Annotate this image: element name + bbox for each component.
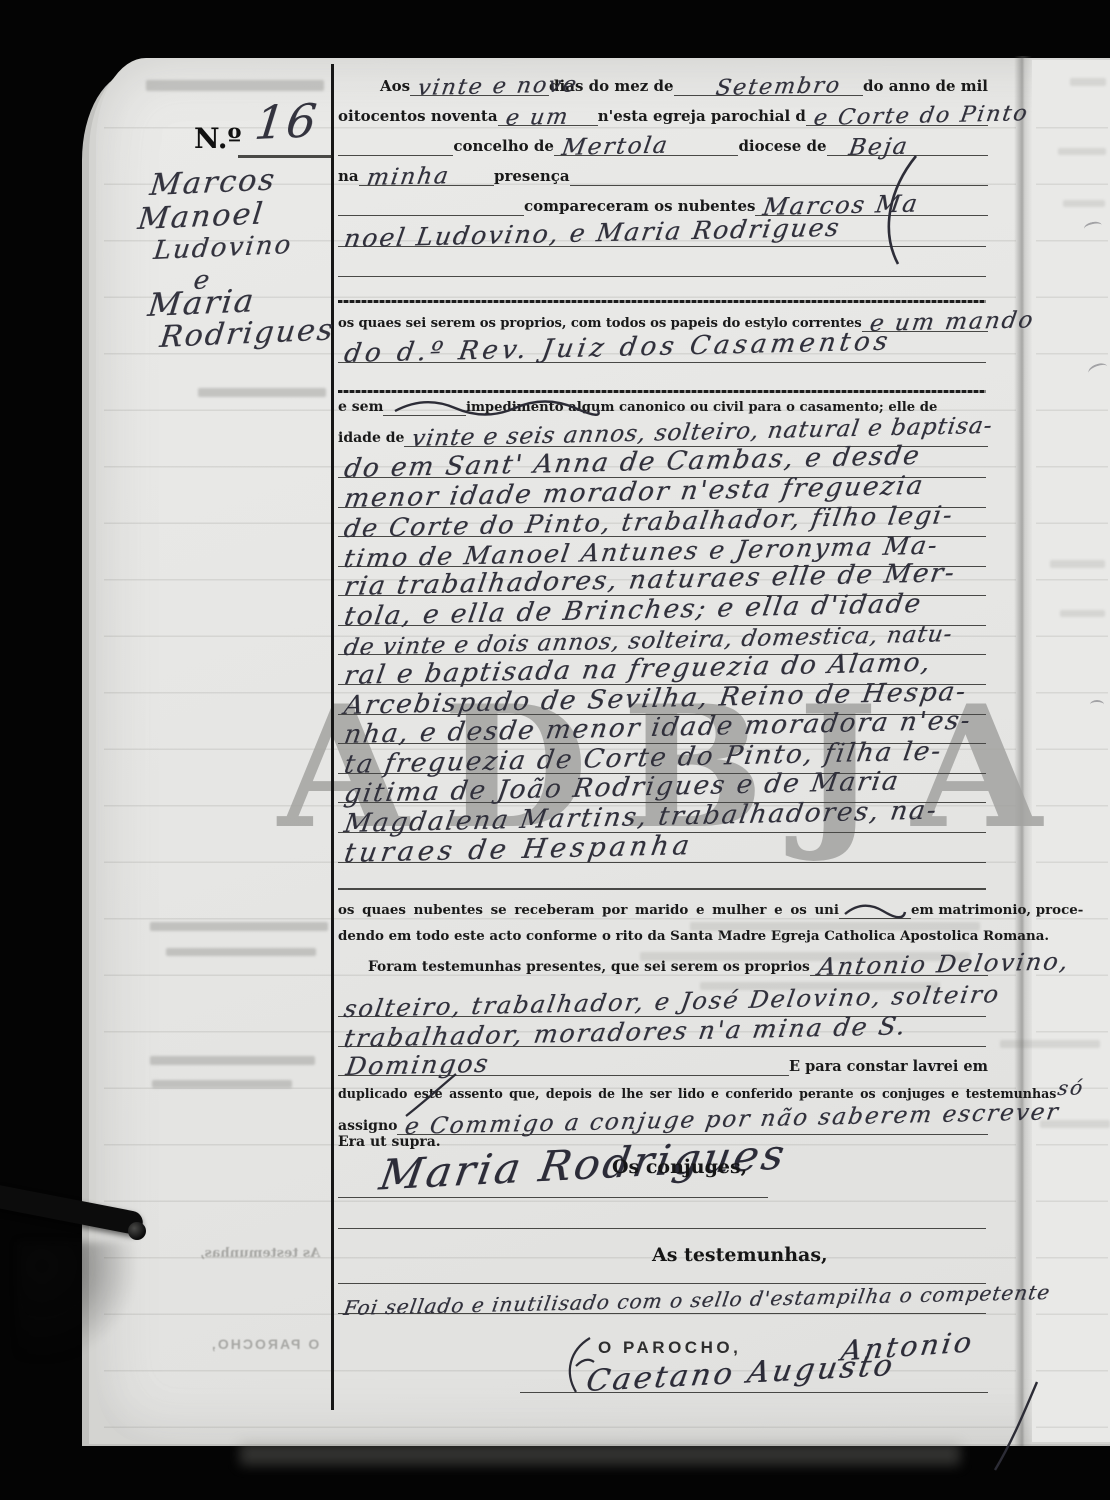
bleedthrough-text xyxy=(198,388,326,397)
printed-e-sem: e sem xyxy=(338,399,383,416)
hw-nubentes-2: noel Ludovino, e Maria Rodrigues xyxy=(342,213,843,253)
pen-flourish xyxy=(843,902,907,918)
blank-parish: e Corte do Pinto xyxy=(806,95,988,126)
form-line-e-sem: e sem impedimento algum canonico ou civi… xyxy=(338,386,988,416)
stray-ink-mark xyxy=(1090,700,1104,709)
bleedthrough-text xyxy=(150,922,328,931)
margin-groom-name: Ludovino xyxy=(152,230,294,266)
printed-diocese: diocese de xyxy=(738,137,826,156)
pen-stroke xyxy=(400,1072,460,1118)
printed-anno-mil: do anno de mil xyxy=(863,77,988,96)
mirrored-testemunhas-bleed: As testemunhas, xyxy=(200,1246,320,1261)
blank-na: minha xyxy=(359,155,494,186)
blank-testemunha-1: Antonio Delovino, xyxy=(810,945,988,976)
form-line-testemunhas: Foram testemunhas presentes, que sei ser… xyxy=(338,946,988,976)
form-line-uni: os quaes nubentes se receberam por marid… xyxy=(338,889,988,919)
signature-rule xyxy=(338,1197,768,1198)
blank-empty xyxy=(570,155,988,186)
parocho-label: O PAROCHO, xyxy=(598,1338,741,1358)
hw-line: turaes de Hespanha xyxy=(338,830,986,863)
printed-uni-2: em matrimonio, proce- xyxy=(911,902,1083,919)
printed-aos: Aos xyxy=(380,77,410,96)
hw-line-papeis-2: do d.º Rev. Juiz dos Casamentos xyxy=(338,330,986,363)
blank-rule xyxy=(338,276,986,277)
pen-flourish xyxy=(975,1380,1045,1475)
bleedthrough-text xyxy=(1058,148,1106,155)
bleedthrough-text xyxy=(1063,200,1105,207)
blank-empty xyxy=(338,185,524,216)
printed-concelho: concelho de xyxy=(453,137,554,156)
pen-flourish xyxy=(556,1332,596,1396)
hw-testemunha-1: Antonio Delovino, xyxy=(816,947,1072,981)
bleedthrough-text xyxy=(146,80,324,91)
blank-day: vinte e nove xyxy=(410,65,549,96)
book-gutter-fold xyxy=(1014,56,1032,1446)
hw-papeis-2: do d.º Rev. Juiz dos Casamentos xyxy=(342,327,894,369)
signature-rule xyxy=(338,1228,986,1229)
printed-uni-1: os quaes nubentes se receberam por marid… xyxy=(338,902,839,919)
bleedthrough-text xyxy=(1000,1040,1100,1048)
printed-assigno: assigno xyxy=(338,1118,397,1135)
mirrored-parocho-bleed: O PAROCHO, xyxy=(210,1336,319,1352)
bleedthrough-text xyxy=(1070,78,1106,86)
conjuges-label: Os conjuges, xyxy=(612,1156,747,1178)
bleedthrough-text xyxy=(1060,610,1105,617)
bleedthrough-text xyxy=(166,948,316,956)
record-number-underline xyxy=(238,155,332,158)
blank-flourish xyxy=(383,385,466,416)
hw-line-sello: Foi sellado e inutilisado com o sello d'… xyxy=(338,1281,986,1314)
testemunhas-label: As testemunhas, xyxy=(652,1244,828,1266)
blank-month: Setembro xyxy=(674,65,863,96)
blank-year: e um xyxy=(498,95,598,126)
record-number-value: 16 xyxy=(252,93,321,150)
blank-flourish xyxy=(839,888,911,919)
blank-empty xyxy=(338,125,453,156)
margin-groom-name: Manoel xyxy=(136,197,266,237)
page-bottom-shadow xyxy=(240,1443,960,1465)
hw-so: só xyxy=(1056,1075,1086,1100)
bleedthrough-text xyxy=(152,1080,292,1088)
printed-foram: Foram testemunhas presentes, que sei ser… xyxy=(368,959,810,976)
bleedthrough-text xyxy=(150,1056,315,1065)
form-line-year-parish: oitocentos noventa e um n'esta egreja pa… xyxy=(338,96,988,126)
binder-clip-tip xyxy=(128,1222,146,1240)
pen-flourish xyxy=(391,397,601,415)
printed-oitocentos: oitocentos noventa xyxy=(338,107,498,126)
bleedthrough-text xyxy=(1050,560,1105,568)
hw-line: Magdalena Martins, trabalhadores, na- xyxy=(338,800,986,833)
marriage-record-scan: As testemunhas, O PAROCHO, N.º 16 Marcos… xyxy=(0,0,1110,1500)
printed-rito: dendo em todo este acto conforme o rito … xyxy=(338,928,1049,944)
blank-commigo: e Commigo a conjuge por não saberem escr… xyxy=(397,1104,988,1135)
hw-line-testemunha-3: trabalhador, moradores n'a mina de S. xyxy=(338,1014,986,1047)
printed-presenca: presença xyxy=(494,167,570,186)
printed-na: na xyxy=(338,167,359,186)
form-line-date: Aos vinte e nove dias do mez de Setembro… xyxy=(338,66,988,96)
adjacent-page-ruled-lines xyxy=(1036,72,1108,1428)
margin-vertical-rule xyxy=(331,64,334,1410)
record-number-label: N.º xyxy=(194,122,242,155)
printed-egreja: n'esta egreja parochial d xyxy=(598,107,806,126)
clip-shadow xyxy=(18,1242,138,1362)
blank-concelho: Mertola xyxy=(554,125,739,156)
pen-flourish xyxy=(872,152,922,270)
